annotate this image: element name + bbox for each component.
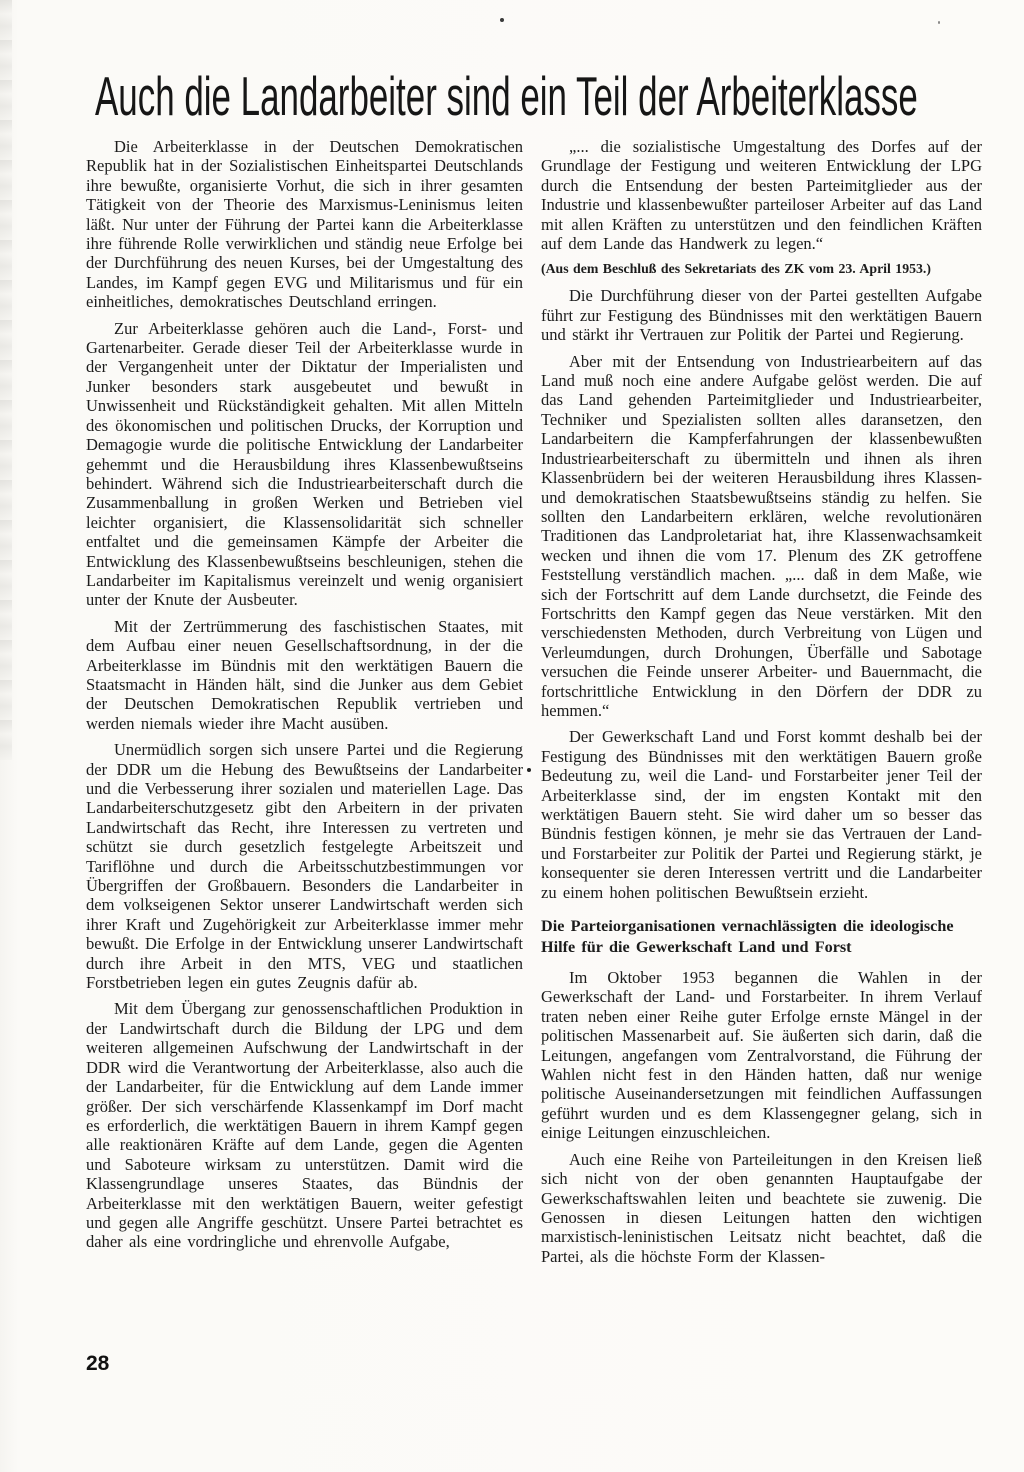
paragraph: Im Oktober 1953 begannen die Wahlen in d… (541, 968, 982, 1143)
scanned-page: Auch die Landarbeiter sind ein Teil der … (0, 0, 1024, 1472)
paragraph: Der Gewerkschaft Land und Forst kommt de… (541, 727, 982, 902)
paragraph: Aber mit der Entsendung von Industriearb… (541, 352, 982, 721)
section-subheading: Die Parteiorganisationen vernachlässigte… (541, 916, 982, 958)
scan-speck (938, 21, 940, 24)
right-column: „... die sozialistische Umgestaltung des… (541, 137, 982, 1273)
paragraph: Zur Arbeiterklasse gehören auch die Land… (86, 319, 523, 610)
paragraph: Die Durchführung dieser von der Partei g… (541, 286, 982, 344)
scan-edge-artifact (0, 0, 12, 760)
paragraph: Mit dem Übergang zur genossenschaftliche… (86, 999, 523, 1251)
paragraph: Mit der Zertrümmerung des faschistischen… (86, 617, 523, 733)
left-column: Die Arbeiterklasse in der Deutschen Demo… (86, 137, 523, 1259)
paragraph: Die Arbeiterklasse in der Deutschen Demo… (86, 137, 523, 312)
scan-speck (500, 18, 504, 22)
paragraph: Auch eine Reihe von Parteileitungen in d… (541, 1150, 982, 1266)
margin-dot-artifact (527, 768, 531, 772)
quote-paragraph: „... die sozialistische Umgestaltung des… (541, 137, 982, 253)
page-number: 28 (86, 1352, 109, 1376)
page-title-text: Auch die Landarbeiter sind ein Teil der … (95, 64, 918, 128)
page-title: Auch die Landarbeiter sind ein Teil der … (95, 64, 1005, 126)
quote-source: (Aus dem Beschluß des Sekretariats des Z… (541, 260, 982, 277)
paragraph: Unermüdlich sorgen sich unsere Partei un… (86, 740, 523, 992)
